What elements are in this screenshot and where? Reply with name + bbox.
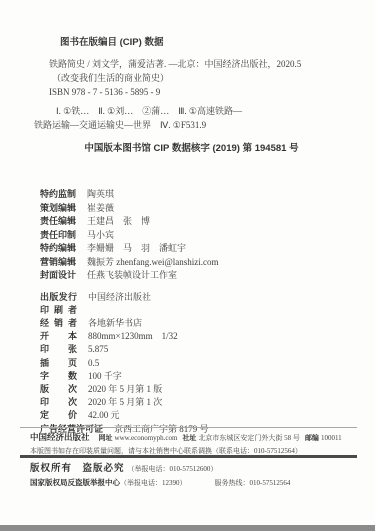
piracy-center-name: 国家版权局反盗版举报中心: [30, 478, 120, 487]
publishing-row: 版次2020 年 5 月第 1 版: [40, 383, 375, 396]
publishing-label: 印刷者: [40, 304, 77, 317]
cip-block: 图书在版编目 (CIP) 数据 铁路简史 / 刘文学，蒲爱洁著. —北京：中国经…: [0, 36, 375, 156]
service-hotline: 服务热线：010-57512564: [215, 479, 291, 487]
cip-bibliographic-line: 铁路简史 / 刘文学，蒲爱洁著. —北京：中国经济出版社，2020.5: [49, 57, 349, 71]
cip-series-line: （改变我们生活的商业简史）: [52, 71, 349, 85]
credit-row: 策划编辑崔姜薇: [40, 202, 375, 216]
cip-registry-number: 中国版本图书馆 CIP 数据核字 (2019) 第 194581 号: [34, 142, 349, 156]
publishing-label: 版次: [40, 383, 77, 396]
address-label: 社址: [182, 435, 196, 442]
publishing-label: 开本: [40, 330, 77, 343]
credit-row: 特约监制陶英琪: [40, 188, 375, 202]
publishing-label: 插页: [40, 357, 77, 370]
publishing-label: 印次: [40, 396, 77, 409]
cip-title: 图书在版编目 (CIP) 数据: [60, 36, 349, 50]
publishing-row: 印次2020 年 5 月第 1 次: [40, 396, 375, 409]
credit-value: 任燕飞装帧设计工作室: [87, 270, 177, 280]
publishing-label: 经销者: [40, 317, 77, 330]
book-colophon-page: 图书在版编目 (CIP) 数据 铁路简史 / 刘文学，蒲爱洁著. —北京：中国经…: [0, 0, 375, 531]
publishing-value: 中国经济出版社: [88, 292, 151, 302]
address-value: 北京市东城区安定门外大街 58 号: [198, 434, 300, 442]
credit-row: 营销编辑魏振芳 zhenfang.wei@lanshizi.com: [40, 256, 375, 270]
publishing-row: 出版发行中国经济出版社: [40, 291, 375, 304]
publishing-label: 印张: [40, 343, 77, 356]
credit-label: 特约监制: [40, 189, 76, 199]
footer-top-rule: [20, 427, 357, 428]
publishing-value: 0.5: [88, 358, 99, 368]
website-value: www.economyph.com: [115, 434, 178, 442]
credit-row: 责任印制马小宾: [40, 229, 375, 243]
piracy-phone: （举报电话：12390）: [120, 479, 187, 487]
publishing-value: 2020 年 5 月第 1 次: [88, 397, 162, 407]
piracy-report-line: 国家版权局反盗版举报中心（举报电话：12390）服务热线：010-5751256…: [30, 477, 359, 488]
credit-label: 特约编辑: [40, 243, 76, 253]
publishing-row: 字数100 千字: [40, 370, 375, 383]
credit-row: 责任编辑王建昌 张 博: [40, 215, 375, 229]
publishing-label: 出版发行: [40, 291, 77, 304]
copyright-line: 版权所有 盗版必究（举报电话：010-57512600）: [30, 460, 359, 474]
credit-value: 王建昌 张 博: [87, 216, 150, 226]
publishing-row: 定价42.00 元: [40, 409, 375, 422]
credit-label: 营销编辑: [40, 257, 76, 267]
scan-edge-strip: [0, 525, 375, 531]
publishing-row: 印张5.875: [40, 343, 375, 356]
publishing-value: 各地新华书店: [88, 318, 142, 328]
copyright-block: 版权所有 盗版必究（举报电话：010-57512600） 国家版权局反盗版举报中…: [30, 460, 359, 488]
copyright-statement: 版权所有 盗版必究: [30, 463, 125, 474]
isbn-line: ISBN 978 - 7 - 5136 - 5895 - 9: [49, 85, 349, 99]
publishing-row: 经销者各地新华书店: [40, 317, 375, 330]
credit-value: 崔姜薇: [87, 203, 114, 213]
copyright-phone: （举报电话：010-57512600）: [128, 465, 218, 473]
publishing-value: 880mm×1230mm 1/32: [88, 331, 178, 341]
credit-value: 马小宾: [87, 230, 114, 240]
footer-thick-rule: [20, 455, 357, 458]
publishing-label: 定价: [40, 409, 77, 422]
footer-contact-block: 中国经济出版社网址www.economyph.com社址北京市东城区安定门外大街…: [30, 431, 359, 457]
footer-publisher-name: 中国经济出版社: [30, 432, 90, 442]
website-label: 网址: [99, 435, 113, 442]
publishing-value: 42.00 元: [88, 410, 120, 420]
publishing-block: 出版发行中国经济出版社 印刷者 经销者各地新华书店 开本880mm×1230mm…: [40, 291, 375, 436]
publishing-value: 2020 年 5 月第 1 版: [88, 384, 162, 394]
publishing-value: 100 千字: [88, 371, 122, 381]
footer-contact-line: 中国经济出版社网址www.economyph.com社址北京市东城区安定门外大街…: [30, 431, 359, 445]
postcode-value: 100011: [321, 434, 342, 442]
credit-label: 责任编辑: [40, 216, 76, 226]
credit-row: 封面设计任燕飞装帧设计工作室: [40, 269, 375, 283]
postcode-label: 邮编: [305, 435, 319, 442]
publishing-row: 开本880mm×1230mm 1/32: [40, 330, 375, 343]
credits-block: 特约监制陶英琪 策划编辑崔姜薇 责任编辑王建昌 张 博 责任印制马小宾 特约编辑…: [40, 188, 375, 283]
credit-value: 魏振芳 zhenfang.wei@lanshizi.com: [87, 257, 219, 267]
credit-label: 责任印制: [40, 230, 76, 240]
publishing-row: 印刷者: [40, 304, 375, 317]
credit-value: 李姗姗 马 羽 潘虹宇: [87, 243, 186, 253]
cip-classification-line-1: Ⅰ. ①铁… Ⅱ. ①刘… ②蒲… Ⅲ. ①高速铁路—: [56, 104, 349, 118]
publishing-label: 字数: [40, 370, 77, 383]
credit-label: 策划编辑: [40, 203, 76, 213]
credit-row: 特约编辑李姗姗 马 羽 潘虹宇: [40, 242, 375, 256]
publishing-row: 插页0.5: [40, 357, 375, 370]
cip-classification-line-2: 铁路运输—交通运输史—世界 Ⅳ. ①F531.9: [34, 118, 349, 132]
publishing-value: 5.875: [88, 344, 108, 354]
credit-value: 陶英琪: [87, 189, 114, 199]
colophon-content: 图书在版编目 (CIP) 数据 铁路简史 / 刘文学，蒲爱洁著. —北京：中国经…: [0, 36, 375, 436]
credit-label: 封面设计: [40, 270, 76, 280]
